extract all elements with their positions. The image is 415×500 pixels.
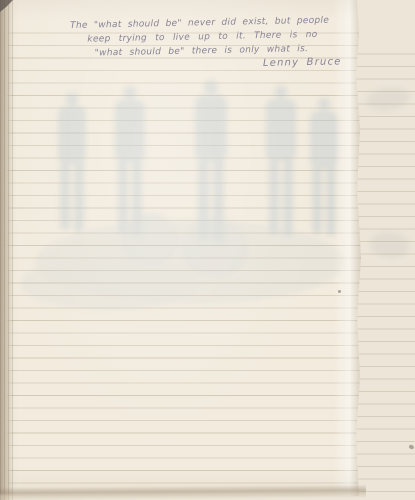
- bottom-page-edge-shadow: [0, 484, 366, 500]
- main-page: The "what should be" never did exist, bu…: [0, 0, 362, 496]
- handwritten-quote: The "what should be" never did exist, bu…: [70, 15, 371, 81]
- quote-line-3: "what should be" there is only what is.: [95, 44, 309, 58]
- pencil-speck: [338, 290, 341, 293]
- notebook-page-scan: The "what should be" never did exist, bu…: [0, 0, 415, 500]
- binding-edge: [0, 0, 13, 500]
- quote-attribution: Lenny Bruce: [263, 56, 342, 69]
- quote-line-2: keep trying to live up to it. There is n…: [87, 30, 317, 45]
